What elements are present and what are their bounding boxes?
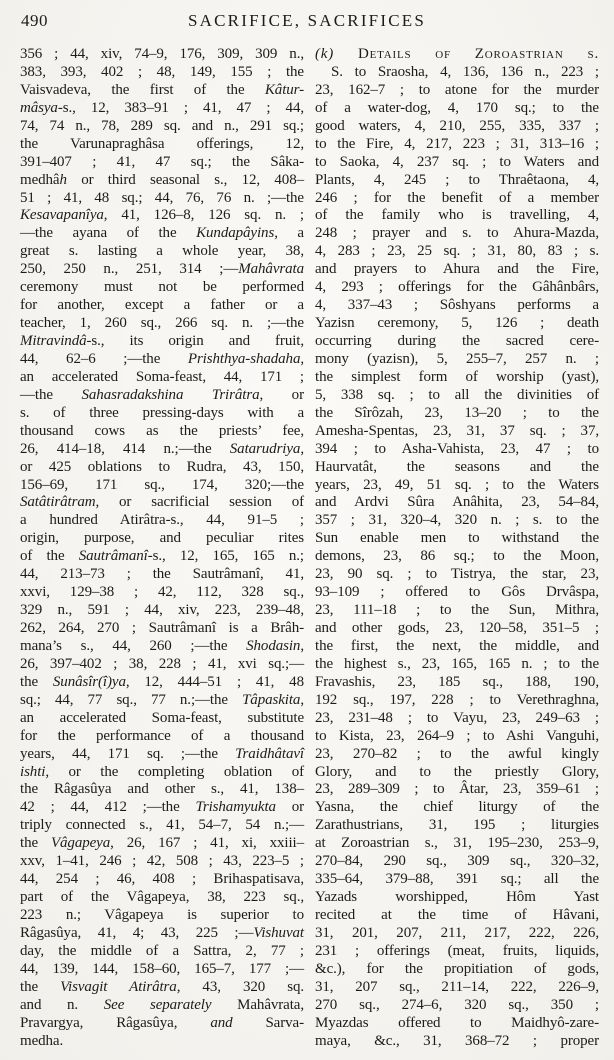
- text-line: the Varunapraghâsa offerings, 12,: [20, 136, 304, 154]
- text-line: origin, purpose, and peculiar rites: [20, 530, 304, 548]
- text-line: sq.; 44, 77 sq., 77 n.;—the Tâpaskita,: [20, 692, 304, 710]
- text-line: 26, 414–18, 414 n.;—the Satarudriya,: [20, 441, 304, 459]
- text-line: Zarathustrians, 31, 195 ; liturgies: [315, 817, 599, 835]
- text-line: 44, 254 ; 46, 408 ; Brihaspatisava,: [20, 871, 304, 889]
- text-line: to Saoka, 4, 237 sq. ; to Waters and: [315, 154, 599, 172]
- text-line: medha.: [20, 1033, 304, 1051]
- text-line: or 425 oblations to Rudra, 43, 150,: [20, 459, 304, 477]
- text-line: 23, 90 sq. ; to Tistrya, the star, 23,: [315, 566, 599, 584]
- text-line: 356 ; 44, xiv, 74–9, 176, 309, 309 n.,: [20, 46, 304, 64]
- text-line: for another, except a father or a: [20, 297, 304, 315]
- text-line: xxv, 1–41, 246 ; 42, 508 ; 43, 223–5 ;: [20, 853, 304, 871]
- text-line: Yasna, the chief liturgy of the: [315, 799, 599, 817]
- text-line: of a water-dog, 4, 170 sq.; to the: [315, 100, 599, 118]
- text-line: 270–84, 290 sq., 309 sq., 320–32,: [315, 853, 599, 871]
- text-line: the highest s., 23, 165, 165 n. ; to the: [315, 656, 599, 674]
- text-line: Sun enable men to withstand the: [315, 530, 599, 548]
- text-line: 391–407 ; 41, 47 sq.; the Sâka-: [20, 154, 304, 172]
- text-line: 44, 213–73 ; the Sautrâmanî, 41,: [20, 566, 304, 584]
- text-line: 223 n.; Vâgapeya is superior to: [20, 907, 304, 925]
- text-line: the Sunâsîr(î)ya, 12, 444–51 ; 41, 48: [20, 674, 304, 692]
- text-line: Vaisvadeva, the first of the Kâtur-: [20, 82, 304, 100]
- text-line: the Sîrôzah, 23, 13–20 ; to the: [315, 405, 599, 423]
- text-line: 23, 270–82 ; to the awful kingly: [315, 746, 599, 764]
- text-line: 93–109 ; offered to Gôs Drvâspa,: [315, 584, 599, 602]
- text-line: Haurvatât, the seasons and the: [315, 459, 599, 477]
- text-line: occurring during the sacred cere-: [315, 333, 599, 351]
- page-title: SACRIFICE, SACRIFICES: [40, 11, 574, 31]
- text-line: ishti, or the completing oblation of: [20, 764, 304, 782]
- text-line: Yazads worshipped, Hôm Yast: [315, 889, 599, 907]
- text-line: 4, 293 ; offerings for the Gâhânbârs,: [315, 279, 599, 297]
- text-line: mâsya-s., 12, 383–91 ; 41, 47 ; 44,: [20, 100, 304, 118]
- text-line: Amesha-Spentas, 23, 31, 37 sq. ; 37,: [315, 423, 599, 441]
- text-line: teacher, 1, 260 sq., 266 sq. n. ;—the: [20, 315, 304, 333]
- text-line: s. of three pressing-days with a: [20, 405, 304, 423]
- text-line: years, 23, 49, 51 sq. ; to the Waters: [315, 477, 599, 495]
- text-line: medhâh or third seasonal s., 12, 408–: [20, 172, 304, 190]
- text-line: the Râgasûya and other s., 41, 138–: [20, 781, 304, 799]
- text-line: 270 sq., 274–6, 320 sq., 350 ;: [315, 997, 599, 1015]
- column-right: (k) Details of Zoroastrian s.S. to Sraos…: [315, 46, 599, 1051]
- text-line: the Visvagit Atirâtra, 43, 320 sq.: [20, 979, 304, 997]
- text-line: Râgasûya, 41, 4; 43, 225 ;—Vishuvat: [20, 925, 304, 943]
- text-line: the Vâgapeya, 26, 167 ; 41, xi, xxiii–: [20, 835, 304, 853]
- text-line: 335–64, 379–88, 391 sq.; all the: [315, 871, 599, 889]
- column-left: 356 ; 44, xiv, 74–9, 176, 309, 309 n.,38…: [20, 46, 304, 1051]
- text-line: a hundred Atirâtra-s., 44, 91–5 ;: [20, 512, 304, 530]
- text-line: Fravashis, 23, 185 sq., 188, 190,: [315, 674, 599, 692]
- text-line: Myazdas offered to Maidhyô-zare-: [315, 1015, 599, 1033]
- text-line: 394 ; to Asha-Vahista, 23, 47 ; to: [315, 441, 599, 459]
- text-line: and Ardvi Sûra Anâhita, 23, 54–84,: [315, 494, 599, 512]
- text-line: an accelerated Soma-feast, 44, 171 ;: [20, 369, 304, 387]
- text-line: 42 ; 44, 412 ;—the Trishamyukta or: [20, 799, 304, 817]
- text-line: 246 ; for the benefit of a member: [315, 190, 599, 208]
- text-line: —the ayana of the Kundapâyins, a: [20, 225, 304, 243]
- text-line: demons, 23, 86 sq.; to the Moon,: [315, 548, 599, 566]
- text-line: ceremony must not be performed: [20, 279, 304, 297]
- text-line: great s. lasting a whole year, 38,: [20, 243, 304, 261]
- text-line: for the performance of a thousand: [20, 728, 304, 746]
- text-line: 262, 264, 270 ; Sautrâmanî is a Brâh-: [20, 620, 304, 638]
- text-line: part of the Vâgapeya, 38, 223 sq.,: [20, 889, 304, 907]
- text-line: 4, 283 ; 23, 25 sq. ; 31, 80, 83 ; s.: [315, 243, 599, 261]
- text-line: 31, 207 sq., 211–14, 222, 226–9,: [315, 979, 599, 997]
- text-line: mony (yazisn), 5, 255–7, 257 n. ;: [315, 351, 599, 369]
- text-line: thousand cows as the priests’ fee,: [20, 423, 304, 441]
- text-line: —the Sahasradakshina Trirâtra, or: [20, 387, 304, 405]
- text-line: 329 n., 591 ; 44, xiv, 223, 239–48,: [20, 602, 304, 620]
- text-line: Satâtirâtram, or sacrificial session of: [20, 494, 304, 512]
- section-heading: (k) Details of Zoroastrian s.: [315, 46, 599, 64]
- text-line: Yazisn ceremony, 5, 126 ; death: [315, 315, 599, 333]
- text-line: Pravargya, Râgasûya, and Sarva-: [20, 1015, 304, 1033]
- text-line: 26, 397–402 ; 38, 228 ; 41, xvi sq.;—: [20, 656, 304, 674]
- text-line: the first, the next, the middle, and: [315, 638, 599, 656]
- text-line: 31, 201, 207, 211, 217, 222, 226,: [315, 925, 599, 943]
- page-header: 490 SACRIFICE, SACRIFICES: [0, 9, 614, 35]
- text-line: 156–69, 171 sq., 174, 320;—the: [20, 477, 304, 495]
- text-line: and other gods, 23, 120–58, 351–5 ;: [315, 620, 599, 638]
- text-line: and prayers to Ahura and the Fire,: [315, 261, 599, 279]
- text-line: to the Fire, 4, 217, 223 ; 31, 313–16 ;: [315, 136, 599, 154]
- book-page: 490 SACRIFICE, SACRIFICES 356 ; 44, xiv,…: [0, 0, 614, 1060]
- text-line: day, the middle of a Sattra, 2, 77 ;: [20, 943, 304, 961]
- text-line: &c.), for the propitiation of gods,: [315, 961, 599, 979]
- text-line: 51 ; 41, 48 sq.; 44, 76, 76 n. ;—the: [20, 190, 304, 208]
- text-line: of the family who is travelling, 4,: [315, 207, 599, 225]
- text-line: good waters, 4, 210, 255, 335, 337 ;: [315, 118, 599, 136]
- text-line: S. to Sraosha, 4, 136, 136 n., 223 ;: [315, 64, 599, 82]
- text-line: maya, &c., 31, 368–72 ; proper: [315, 1033, 599, 1051]
- text-line: Plants, 4, 245 ; to Thraêtaona, 4,: [315, 172, 599, 190]
- text-line: triply connected s., 41, 54–7, 54 n.;—: [20, 817, 304, 835]
- text-line: 44, 62–6 ;—the Prishthya-shadaha,: [20, 351, 304, 369]
- text-line: the simplest form of worship (yast),: [315, 369, 599, 387]
- text-line: to Kista, 23, 264–9 ; to Ashi Vanguhi,: [315, 728, 599, 746]
- text-line: 357 ; 31, 320–4, 320 n. ; s. to the: [315, 512, 599, 530]
- text-line: 23, 289–309 ; to Âtar, 23, 359–61 ;: [315, 781, 599, 799]
- text-line: of the Sautrâmanî-s., 12, 165, 165 n.;: [20, 548, 304, 566]
- text-line: 4, 337–43 ; Sôshyans performs a: [315, 297, 599, 315]
- text-line: 383, 393, 402 ; 48, 149, 155 ; the: [20, 64, 304, 82]
- text-line: xxvi, 129–38 ; 42, 112, 328 sq.,: [20, 584, 304, 602]
- text-line: Glory, and to the priestly Glory,: [315, 764, 599, 782]
- text-line: 23, 162–7 ; to atone for the murder: [315, 82, 599, 100]
- text-line: 44, 139, 144, 158–60, 165–7, 177 ;—: [20, 961, 304, 979]
- text-line: 5, 338 sq. ; to all the divinities of: [315, 387, 599, 405]
- text-line: 23, 111–18 ; to the Sun, Mithra,: [315, 602, 599, 620]
- text-line: 250, 250 n., 251, 314 ;—Mahâvrata: [20, 261, 304, 279]
- text-columns: 356 ; 44, xiv, 74–9, 176, 309, 309 n.,38…: [20, 46, 600, 1051]
- text-line: 192 sq., 197, 228 ; to Verethraghna,: [315, 692, 599, 710]
- text-line: years, 44, 171 sq. ;—the Traidhâtavî: [20, 746, 304, 764]
- text-line: and n. See separately Mahâvrata,: [20, 997, 304, 1015]
- text-line: Kesavapanîya, 41, 126–8, 126 sq. n. ;: [20, 207, 304, 225]
- text-line: Mitravindâ-s., its origin and fruit,: [20, 333, 304, 351]
- text-line: 23, 231–48 ; to Vayu, 23, 249–63 ;: [315, 710, 599, 728]
- text-line: recited at the time of Hâvani,: [315, 907, 599, 925]
- text-line: 231 ; offerings (meat, fruits, liquids,: [315, 943, 599, 961]
- text-line: mana’s s., 44, 260 ;—the Shodasin,: [20, 638, 304, 656]
- text-line: at Zoroastrian s., 31, 195–230, 253–9,: [315, 835, 599, 853]
- text-line: 248 ; prayer and s. to Ahura-Mazda,: [315, 225, 599, 243]
- text-line: 74, 74 n., 78, 289 sq. and n., 291 sq.;: [20, 118, 304, 136]
- text-line: an accelerated Soma-feast, substitute: [20, 710, 304, 728]
